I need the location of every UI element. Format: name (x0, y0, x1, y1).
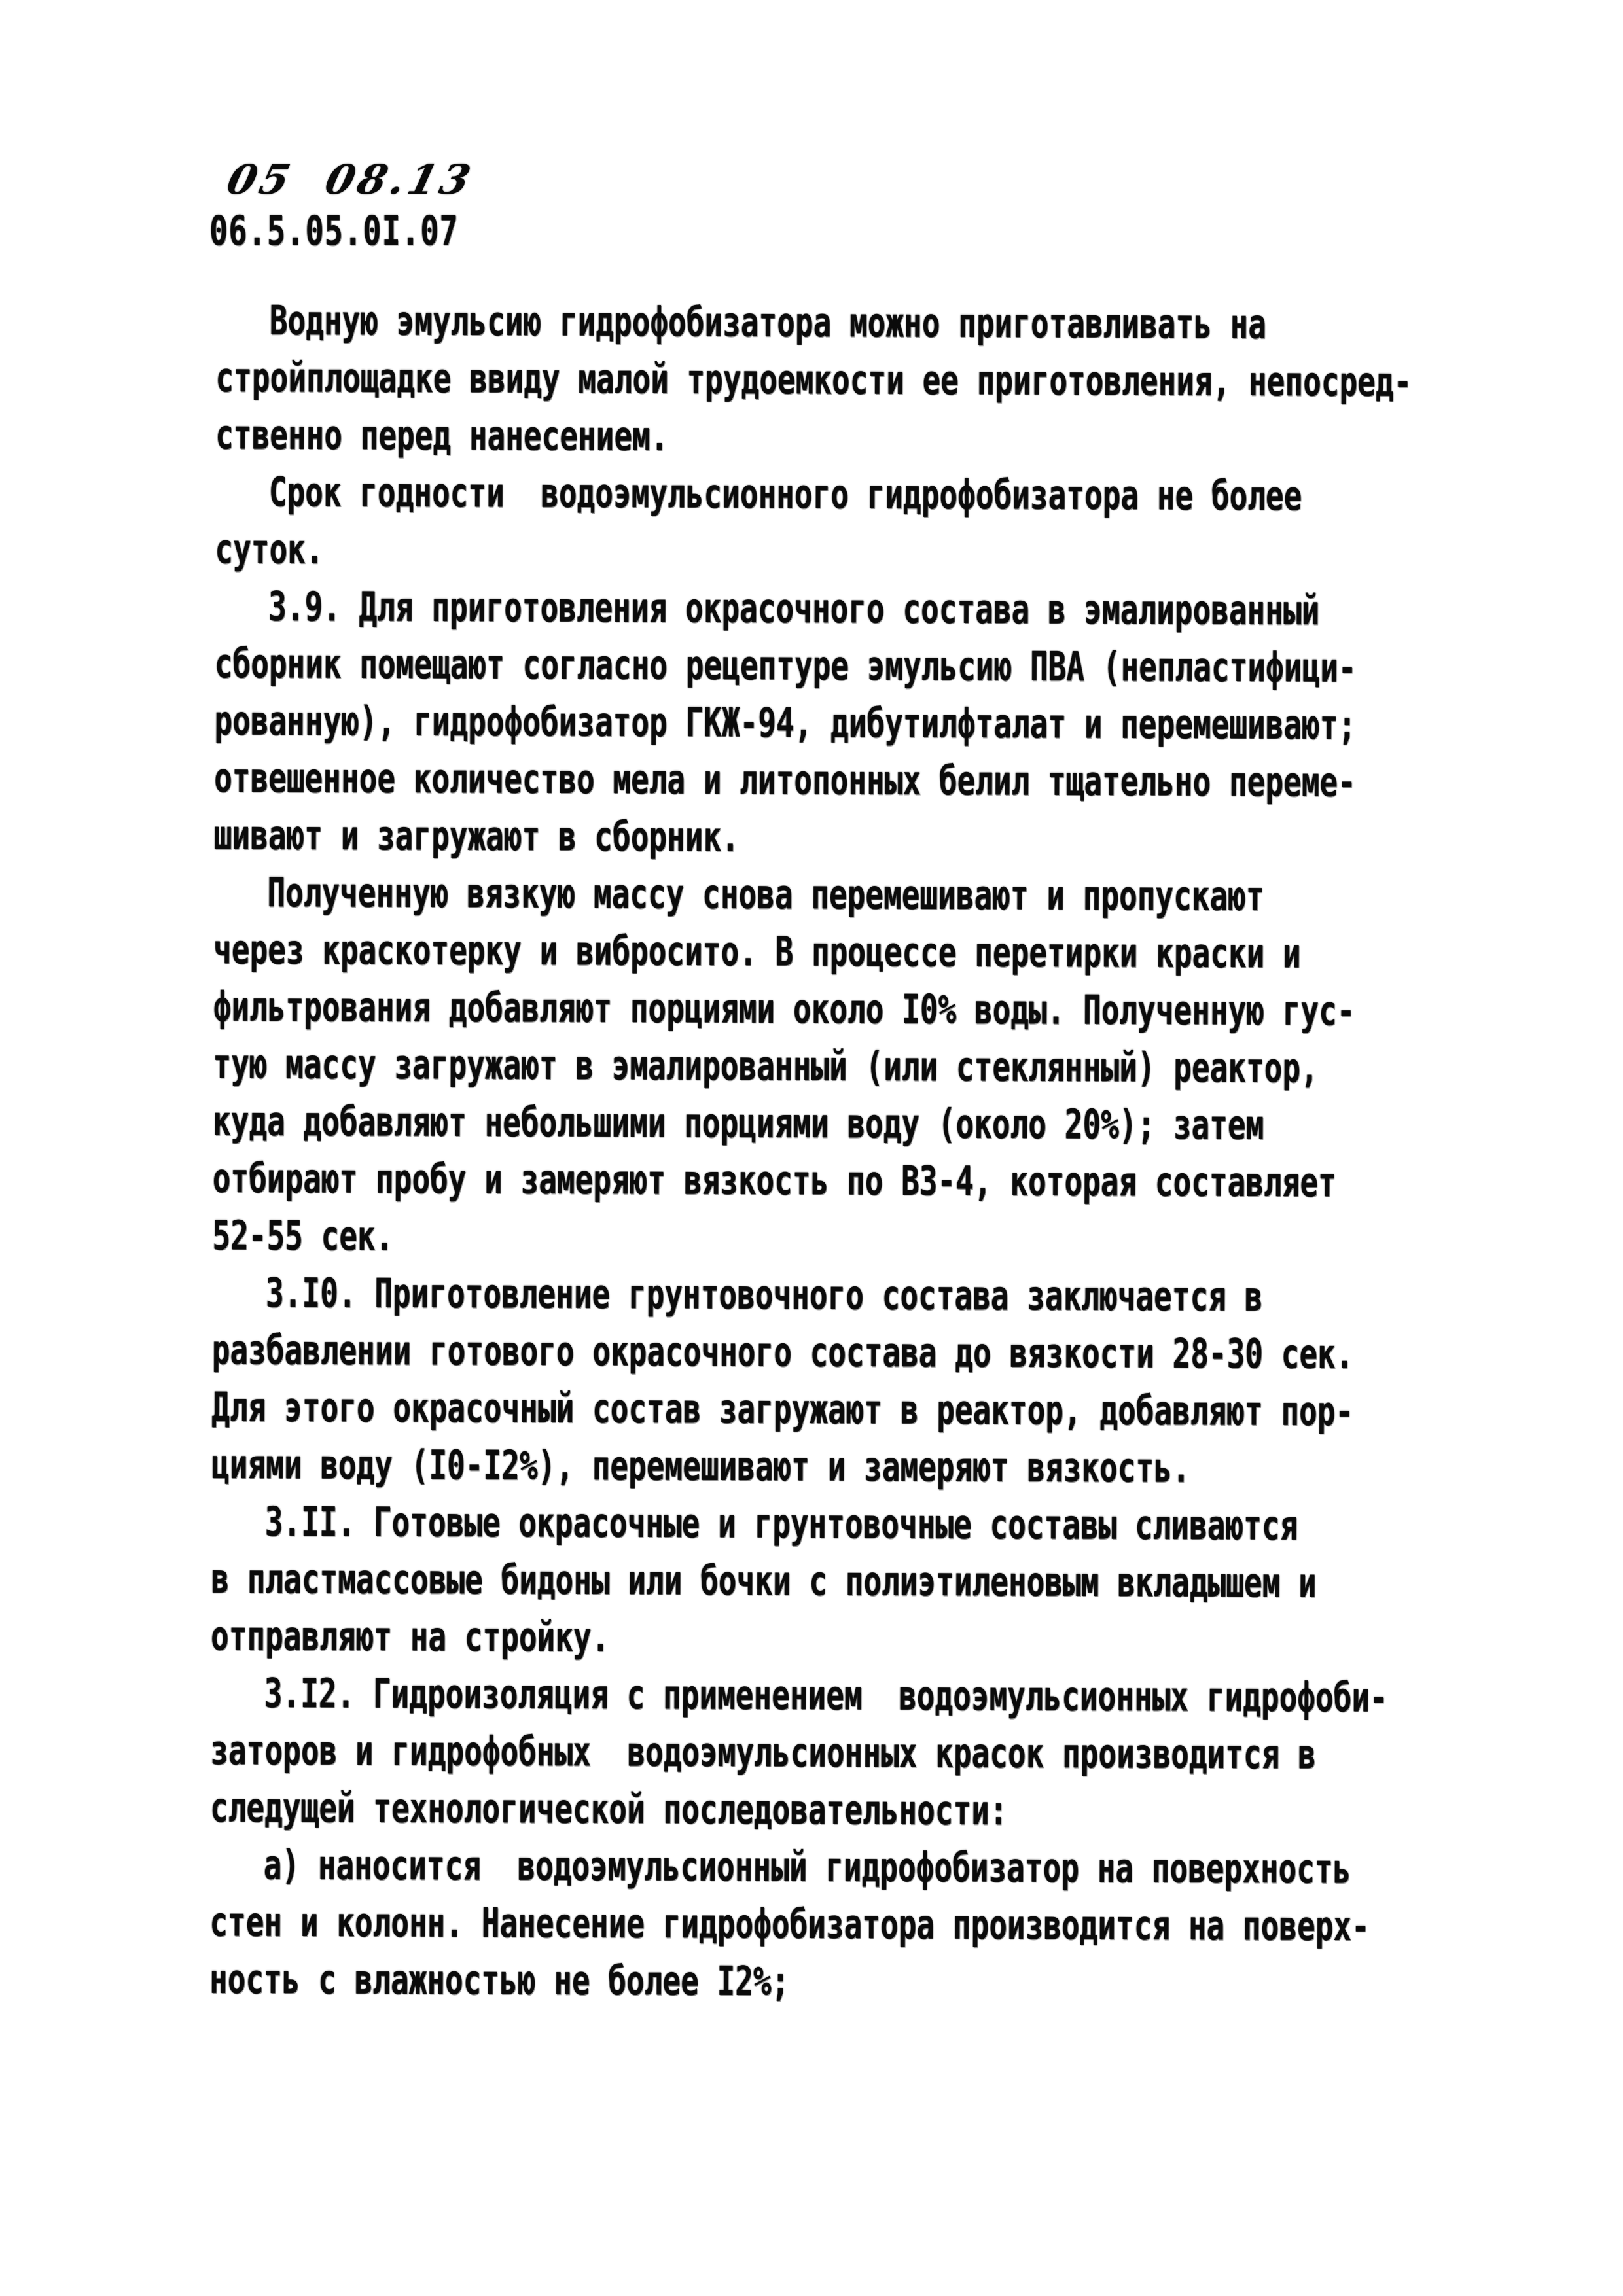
document-page: 05 08.13 06.5.05.0I.07 Водную эмульсию г… (0, 0, 1623, 2296)
text-line: следущей технологической последовательно… (210, 1779, 1460, 1841)
text-line: отправляют на стройку. (211, 1608, 1461, 1670)
text-line: рованную), гидрофобизатор ГКЖ-94, дибути… (214, 692, 1464, 754)
text-line: отвешенное количество мела и литопонных … (214, 749, 1464, 811)
text-line: 3.II. Готовые окрасочные и грунтовочные … (211, 1493, 1461, 1555)
handwritten-mark: 05 08.13 (223, 156, 479, 203)
text-line: циями воду (I0-I2%), перемешивают и заме… (211, 1436, 1461, 1498)
text-line: 3.9. Для приготовления окрасочного соста… (215, 578, 1465, 640)
text-line: стройплощадке ввиду малой трудоемкости е… (215, 349, 1465, 411)
text-line: куда добавляют небольшими порциями воду … (213, 1093, 1463, 1155)
document-code: 06.5.05.0I.07 (209, 207, 459, 257)
text-line: разбавлении готового окрасочного состава… (212, 1322, 1462, 1384)
text-line: Для этого окрасочный состав загружают в … (211, 1379, 1461, 1441)
text-line: 52-55 сек. (212, 1207, 1462, 1269)
text-line: 3.I2. Гидроизоляция с применением водоэм… (211, 1665, 1461, 1727)
text-line: Срок годности водоэмульсионного гидрофоб… (215, 463, 1465, 525)
text-line: а) наносится водоэмульсионный гидрофобиз… (210, 1836, 1460, 1898)
text-line: суток. (215, 521, 1465, 583)
text-line: сборник помещают согласно рецептуре эмул… (215, 635, 1465, 698)
text-line: через краскотерку и вибросито. В процесс… (213, 921, 1463, 983)
typewritten-text: Водную эмульсию гидрофобизатора можно пр… (209, 292, 1466, 2013)
text-line: отбирают пробу и замеряют вязкость по ВЗ… (213, 1150, 1463, 1212)
text-line: Полученную вязкую массу снова перемешива… (213, 864, 1463, 926)
text-line: шивают и загружают в сборник. (214, 807, 1464, 869)
text-line: ность с влажностью не более I2%; (209, 1951, 1459, 2013)
text-line: Водную эмульсию гидрофобизатора можно пр… (216, 292, 1466, 354)
text-line: 3.I0. Приготовление грунтовочного состав… (212, 1264, 1462, 1326)
text-line: тую массу загружают в эмалированный (или… (213, 1036, 1463, 1098)
text-line: в пластмассовые бидоны или бочки с полиэ… (211, 1550, 1461, 1612)
text-line: ственно перед нанесением. (215, 406, 1465, 468)
text-line: заторов и гидрофобных водоэмульсионных к… (210, 1722, 1460, 1784)
text-line: фильтрования добавляют порциями около I0… (213, 978, 1463, 1040)
text-line: стен и колонн. Нанесение гидрофобизатора… (209, 1894, 1459, 1956)
